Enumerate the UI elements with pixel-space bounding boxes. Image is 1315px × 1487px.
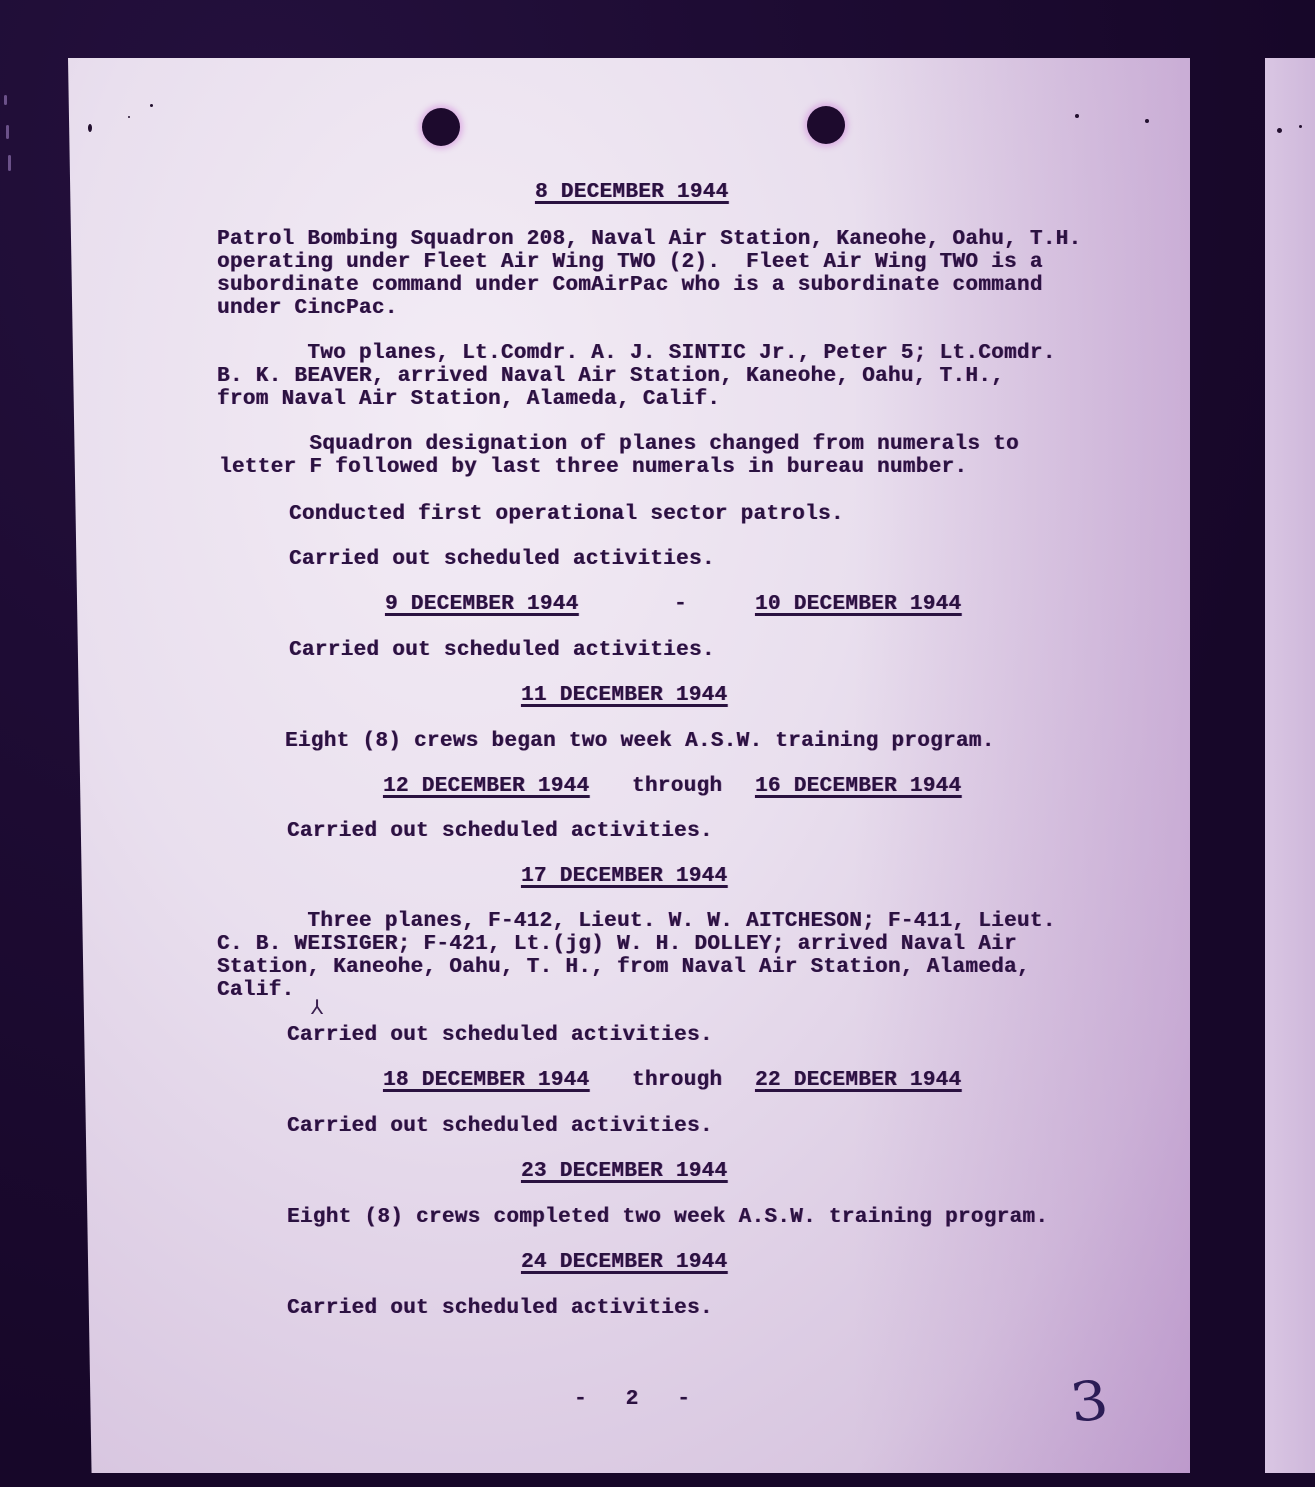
text-line: Carried out scheduled activities. <box>289 639 715 662</box>
section-heading: 17 DECEMBER 1944 <box>521 865 727 888</box>
page-number: - 2 - <box>574 1388 690 1411</box>
text-line: operating under Fleet Air Wing TWO (2). … <box>217 251 1043 274</box>
document-text: 8 DECEMBER 1944 Patrol Bombing Squadron … <box>0 0 1315 1487</box>
text-line: C. B. WEISIGER; F-421, Lt.(jg) W. H. DOL… <box>217 933 1017 956</box>
range-end-heading: 16 DECEMBER 1944 <box>755 775 961 798</box>
range-separator: - <box>674 593 687 616</box>
range-separator: through <box>632 775 722 798</box>
text-line: Eight (8) crews began two week A.S.W. tr… <box>285 730 995 753</box>
section-heading: 8 DECEMBER 1944 <box>535 181 729 204</box>
text-line: Conducted first operational sector patro… <box>289 503 844 526</box>
text-line: letter F followed by last three numerals… <box>219 456 967 479</box>
text-line: Carried out scheduled activities. <box>287 820 713 843</box>
text-line: Carried out scheduled activities. <box>289 548 715 571</box>
text-line: B. K. BEAVER, arrived Naval Air Station,… <box>217 365 1004 388</box>
range-separator: through <box>632 1069 722 1092</box>
text-line: under CincPac. <box>217 297 398 320</box>
pen-mark: ⅄ <box>311 996 324 1019</box>
text-line: Station, Kaneohe, Oahu, T. H., from Nava… <box>217 956 1030 979</box>
text-line: Squadron designation of planes changed f… <box>219 433 1019 456</box>
text-line: Three planes, F-412, Lieut. W. W. AITCHE… <box>217 910 1056 933</box>
range-end-heading: 10 DECEMBER 1944 <box>755 593 961 616</box>
text-line: Carried out scheduled activities. <box>287 1024 713 1047</box>
range-end-heading: 22 DECEMBER 1944 <box>755 1069 961 1092</box>
section-heading: 11 DECEMBER 1944 <box>521 684 727 707</box>
range-start-heading: 9 DECEMBER 1944 <box>385 593 579 616</box>
text-line: Patrol Bombing Squadron 208, Naval Air S… <box>217 228 1081 251</box>
section-heading: 24 DECEMBER 1944 <box>521 1251 727 1274</box>
text-line: Calif. <box>217 979 294 1002</box>
text-line: Carried out scheduled activities. <box>287 1115 713 1138</box>
range-start-heading: 18 DECEMBER 1944 <box>383 1069 589 1092</box>
handwritten-page-number: 3 <box>1069 1388 1110 1414</box>
range-start-heading: 12 DECEMBER 1944 <box>383 775 589 798</box>
section-heading: 23 DECEMBER 1944 <box>521 1160 727 1183</box>
text-line: from Naval Air Station, Alameda, Calif. <box>217 388 720 411</box>
text-line: Eight (8) crews completed two week A.S.W… <box>287 1206 1048 1229</box>
text-line: Carried out scheduled activities. <box>287 1297 713 1320</box>
text-line: subordinate command under ComAirPac who … <box>217 274 1043 297</box>
text-line: Two planes, Lt.Comdr. A. J. SINTIC Jr., … <box>217 342 1056 365</box>
